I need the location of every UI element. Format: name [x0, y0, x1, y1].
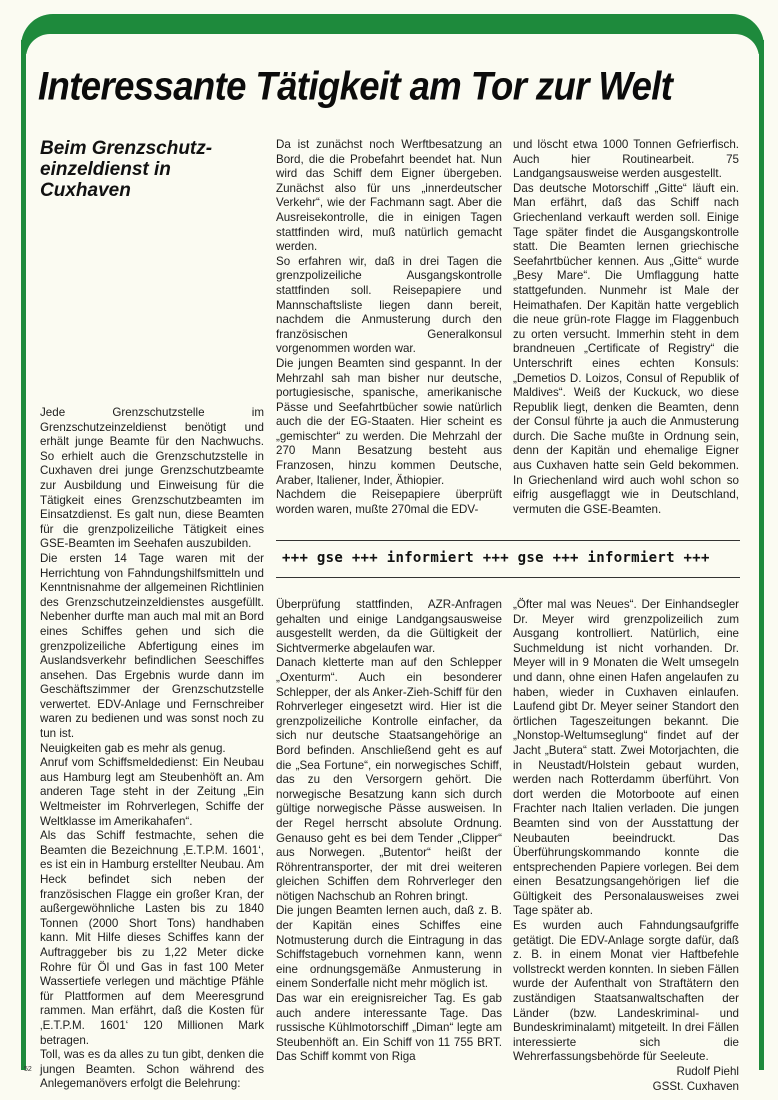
- paragraph: Die ersten 14 Tage waren mit der Herrich…: [40, 552, 264, 742]
- column-3-top: und löscht etwa 1000 Tonnen Gefrierfisch…: [513, 138, 739, 517]
- author-organization: GSSt. Cuxhaven: [513, 1080, 739, 1095]
- green-frame-left: [21, 40, 26, 1070]
- paragraph: Da ist zunächst noch Werftbesatzung an B…: [276, 138, 502, 255]
- author-name: Rudolf Piehl: [513, 1065, 739, 1080]
- paragraph: Nachdem die Reisepapiere überprüft worde…: [276, 488, 502, 517]
- article-title: Interessante Tätigkeit am Tor zur Welt: [38, 64, 748, 109]
- banner-text: +++ gse +++ informiert +++ gse +++ infor…: [282, 550, 710, 566]
- green-frame-right: [759, 40, 764, 1070]
- gse-informiert-banner: +++ gse +++ informiert +++ gse +++ infor…: [276, 540, 740, 578]
- column-2-bottom: Überprüfung stattfinden, AZR-Anfragen ge…: [276, 598, 502, 1065]
- paragraph: Als das Schiff festmachte, sehen die Bea…: [40, 829, 264, 1048]
- paragraph: Das deutsche Motorschiff „Gitte“ läuft e…: [513, 182, 739, 518]
- paragraph: Danach kletterte man auf den Schlepper „…: [276, 656, 502, 904]
- page-number: 52: [24, 1066, 32, 1073]
- paragraph: Die jungen Beamten lernen auch, daß z. B…: [276, 904, 502, 992]
- column-2-top: Da ist zunächst noch Werftbesatzung an B…: [276, 138, 502, 517]
- paragraph: Toll, was es da alles zu tun gibt, denke…: [40, 1048, 264, 1092]
- paragraph: und löscht etwa 1000 Tonnen Gefrierfisch…: [513, 138, 739, 182]
- paragraph: Das war ein ereignisreicher Tag. Es gab …: [276, 992, 502, 1065]
- paragraph: So erfahren wir, daß in drei Tagen die g…: [276, 255, 502, 357]
- paragraph: Es wurden auch Fahndungsaufgriffe getäti…: [513, 919, 739, 1065]
- paragraph: Anruf vom Schiffsmeldedienst: Ein Neubau…: [40, 756, 264, 829]
- column-1: Jede Grenzschutzstelle im Grenzschutzein…: [40, 406, 264, 1092]
- article-subtitle: Beim Grenzschutz-einzeldienst inCuxhaven: [40, 138, 260, 201]
- paragraph: Neuigkeiten gab es mehr als genug.: [40, 742, 264, 757]
- column-3-bottom: „Öfter mal was Neues“. Der Einhandsegler…: [513, 598, 739, 1094]
- paragraph: Jede Grenzschutzstelle im Grenzschutzein…: [40, 406, 264, 552]
- paragraph: Überprüfung stattfinden, AZR-Anfragen ge…: [276, 598, 502, 656]
- paragraph: „Öfter mal was Neues“. Der Einhandsegler…: [513, 598, 739, 919]
- paragraph: Die jungen Beamten sind gespannt. In der…: [276, 357, 502, 488]
